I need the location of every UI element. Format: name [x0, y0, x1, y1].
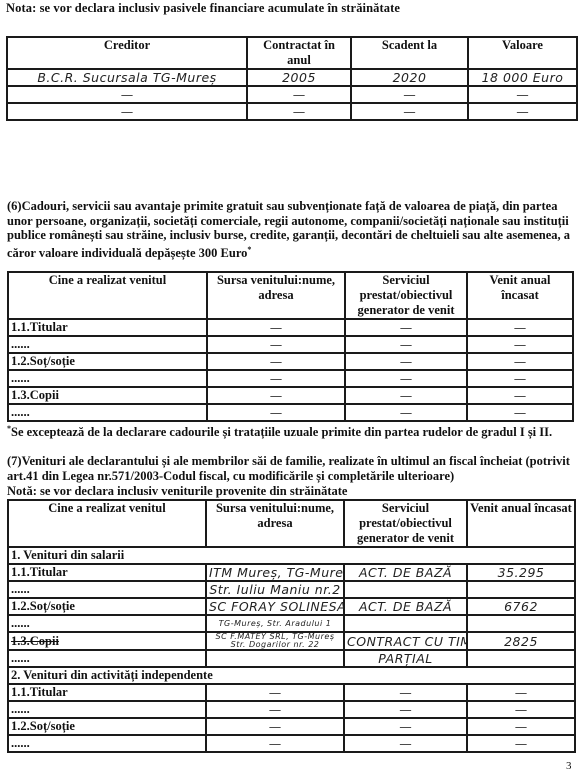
who-cell: 1.3.Copii [8, 387, 207, 404]
header-who: Cine a realizat venitul [8, 500, 206, 547]
creditor-cell: — [7, 86, 247, 103]
source-cell: — [207, 336, 345, 353]
source-cell [206, 650, 344, 667]
source-cell: — [207, 353, 345, 370]
who-cell: 1.2.Soț/soție [8, 598, 206, 615]
due-year-cell: 2020 [351, 69, 468, 86]
table-row: ......TG-Mureș, Str. Aradului 1 [8, 615, 575, 632]
creditor-cell: — [7, 103, 247, 120]
service-cell [344, 615, 467, 632]
service-cell: — [345, 404, 467, 421]
income-cell: — [467, 718, 575, 735]
income-table: Cine a realizat venitul Sursa venitului:… [7, 499, 576, 753]
who-cell: ...... [8, 615, 206, 632]
contract-year-cell: — [247, 103, 351, 120]
source-cell: Str. Iuliu Maniu nr.2 [206, 581, 344, 598]
table-row: — — — — [7, 103, 577, 120]
source-cell: — [207, 370, 345, 387]
service-cell: ACT. DE BAZĂ [344, 598, 467, 615]
footnote-mark: * [247, 245, 251, 254]
section7-note: Notă: se vor declara inclusiv veniturile… [7, 484, 579, 499]
value-cell: 18 000 Euro [468, 69, 577, 86]
source-cell: TG-Mureș, Str. Aradului 1 [206, 615, 344, 632]
top-note: Nota: se vor declara inclusiv pasivele f… [6, 1, 400, 16]
who-cell: ...... [8, 735, 206, 752]
income-cell: — [467, 387, 573, 404]
debts-table: Creditor Contractat în anul Scadent la V… [6, 36, 578, 121]
service-cell: — [344, 684, 467, 701]
due-year-cell: — [351, 103, 468, 120]
group2-title: 2. Venituri din activități independente [8, 667, 575, 684]
table-row: ......Str. Iuliu Maniu nr.2 [8, 581, 575, 598]
who-cell: 1.1.Titular [8, 564, 206, 581]
service-cell: — [345, 370, 467, 387]
group-header-row: 2. Venituri din activități independente [8, 667, 575, 684]
who-cell: ...... [8, 336, 207, 353]
contract-year-cell: — [247, 86, 351, 103]
service-cell: — [344, 718, 467, 735]
income-cell [467, 581, 575, 598]
source-cell: SC FORAY SOLINESA [206, 598, 344, 615]
header-service: Serviciul prestat/obiectivul generator d… [345, 272, 467, 319]
source-cell: — [207, 387, 345, 404]
header-valoare: Valoare [468, 37, 577, 69]
income-cell [467, 650, 575, 667]
service-cell: PARȚIAL [344, 650, 467, 667]
income-cell: — [467, 319, 573, 336]
table-header-row: Creditor Contractat în anul Scadent la V… [7, 37, 577, 69]
section6-text: (6)Cadouri, servicii sau avantaje primit… [7, 199, 570, 260]
who-cell: 1.3.Copii [8, 632, 206, 650]
page-number: 3 [566, 760, 572, 772]
source-cell: — [206, 718, 344, 735]
header-income: Venit anual încasat [467, 272, 573, 319]
source-cell: ITM Mureș, TG-Mureș [206, 564, 344, 581]
income-cell: — [467, 404, 573, 421]
header-source: Sursa venitului:nume, adresa [206, 500, 344, 547]
contract-year-cell: 2005 [247, 69, 351, 86]
income-cell: — [467, 353, 573, 370]
income-cell: — [467, 370, 573, 387]
table-row: ......PARȚIAL [8, 650, 575, 667]
service-cell: — [345, 336, 467, 353]
footnote-text: Se exceptează de la declarare cadourile … [11, 425, 552, 439]
table-row: ......——— [8, 370, 573, 387]
service-cell: — [344, 735, 467, 752]
source-cell: — [207, 319, 345, 336]
header-service: Serviciul prestat/obiectivul generator d… [344, 500, 467, 547]
table-row: ......——— [8, 336, 573, 353]
due-year-cell: — [351, 86, 468, 103]
header-contractat: Contractat în anul [247, 37, 351, 69]
income-cell: 6762 [467, 598, 575, 615]
table-header-row: Cine a realizat venitul Sursa venitului:… [8, 500, 575, 547]
source-cell: SC F.MATEY SRL, TG-Mureș Str. Dogarilor … [206, 632, 344, 650]
income-cell [467, 615, 575, 632]
header-income: Venit anual încasat [467, 500, 575, 547]
service-cell: ACT. DE BAZĂ [344, 564, 467, 581]
who-cell: ...... [8, 581, 206, 598]
service-cell: — [345, 387, 467, 404]
gifts-table: Cine a realizat venitul Sursa venitului:… [7, 271, 574, 422]
section6-heading: (6)Cadouri, servicii sau avantaje primit… [7, 199, 579, 261]
who-cell: 1.1.Titular [8, 319, 207, 336]
income-cell: 2825 [467, 632, 575, 650]
section6-footnote: *Se exceptează de la declarare cadourile… [7, 424, 552, 440]
table-row: B.C.R. Sucursala TG-Mureș 2005 2020 18 0… [7, 69, 577, 86]
who-cell: 1.2.Soț/soție [8, 718, 206, 735]
who-cell: 1.1.Titular [8, 684, 206, 701]
section7-heading: (7)Venituri ale declarantului și ale mem… [7, 454, 579, 483]
who-cell: ...... [8, 701, 206, 718]
income-cell: — [467, 701, 575, 718]
table-row: 1.1.Titular——— [8, 684, 575, 701]
table-row: 1.2.Soț/soție——— [8, 718, 575, 735]
table-row: 1.1.Titular——— [8, 319, 573, 336]
income-cell: — [467, 336, 573, 353]
service-cell: — [345, 353, 467, 370]
creditor-cell: B.C.R. Sucursala TG-Mureș [7, 69, 247, 86]
value-cell: — [468, 103, 577, 120]
source-cell: — [206, 735, 344, 752]
income-cell: — [467, 735, 575, 752]
value-cell: — [468, 86, 577, 103]
who-cell: ...... [8, 370, 207, 387]
table-row: 1.3.CopiiSC F.MATEY SRL, TG-Mureș Str. D… [8, 632, 575, 650]
income-cell: 35.295 [467, 564, 575, 581]
service-cell: CONTRACT CU TIMP [344, 632, 467, 650]
header-source: Sursa venitului:nume, adresa [207, 272, 345, 319]
table-row: — — — — [7, 86, 577, 103]
source-cell: — [206, 701, 344, 718]
table-row: ......——— [8, 701, 575, 718]
table-row: ......——— [8, 404, 573, 421]
table-row: ......——— [8, 735, 575, 752]
header-scadent: Scadent la [351, 37, 468, 69]
table-row: 1.1.TitularITM Mureș, TG-MureșACT. DE BA… [8, 564, 575, 581]
table-row: 1.2.Soț/soție——— [8, 353, 573, 370]
who-cell: ...... [8, 650, 206, 667]
source-cell: — [206, 684, 344, 701]
header-creditor: Creditor [7, 37, 247, 69]
income-cell: — [467, 684, 575, 701]
header-who: Cine a realizat venitul [8, 272, 207, 319]
table-row: 1.2.Soț/soțieSC FORAY SOLINESAACT. DE BA… [8, 598, 575, 615]
group-header-row: 1. Venituri din salarii [8, 547, 575, 564]
service-cell: — [345, 319, 467, 336]
who-cell: ...... [8, 404, 207, 421]
who-cell: 1.2.Soț/soție [8, 353, 207, 370]
table-row: 1.3.Copii——— [8, 387, 573, 404]
table-header-row: Cine a realizat venitul Sursa venitului:… [8, 272, 573, 319]
service-cell: — [344, 701, 467, 718]
group1-title: 1. Venituri din salarii [8, 547, 575, 564]
service-cell [344, 581, 467, 598]
source-cell: — [207, 404, 345, 421]
